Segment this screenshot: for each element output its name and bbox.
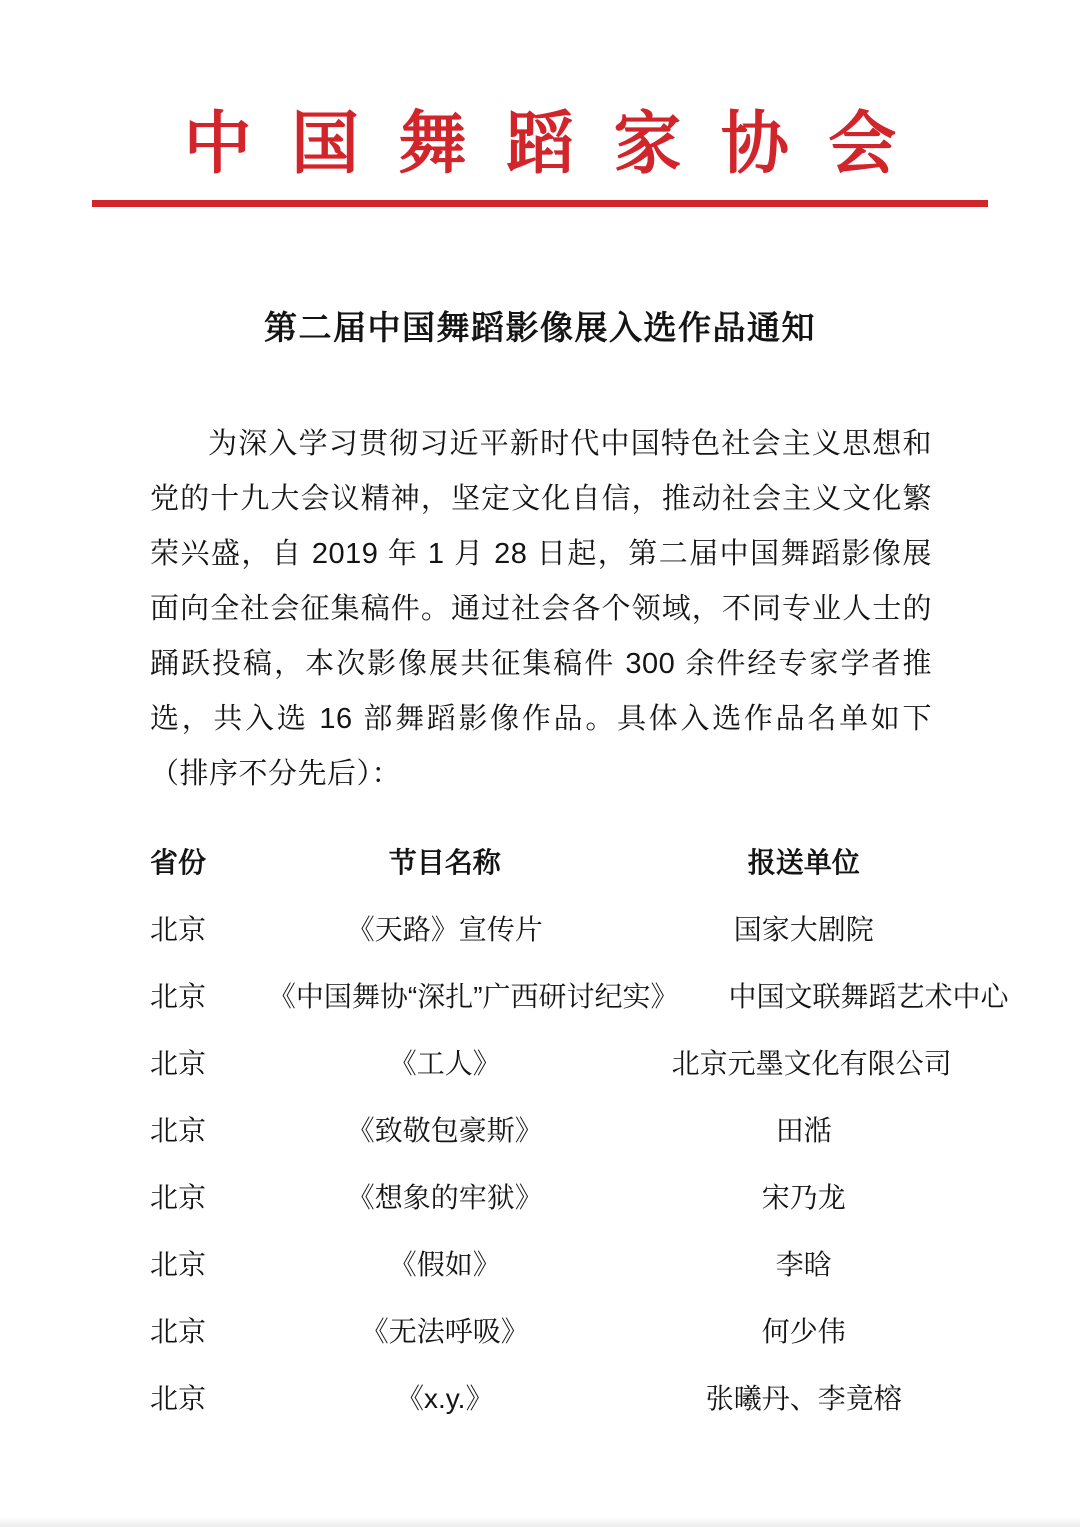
cell-province: 北京 — [150, 908, 268, 948]
body-paragraph: 为深入学习贯彻习近平新时代中国特色社会主义思想和党的十九大会议精神，坚定文化自信… — [150, 417, 932, 802]
table-row: 北京 《想象的牢狱》 宋乃龙 — [150, 1163, 936, 1230]
cell-province: 北京 — [150, 1377, 268, 1417]
table-row: 北京 《x.y.》 张曦丹、李竟榕 — [150, 1364, 936, 1431]
cell-program-name: 《天路》宣传片 — [268, 908, 622, 948]
table-row: 北京 《假如》 李晗 — [150, 1230, 936, 1297]
document-title: 第二届中国舞蹈影像展入选作品通知 — [0, 307, 1080, 348]
cell-province: 北京 — [150, 1176, 268, 1216]
letterhead: 中国舞蹈家协会 — [0, 0, 1080, 207]
cell-program-name: 《工人》 — [268, 1042, 622, 1082]
cell-province: 北京 — [150, 1042, 268, 1082]
cell-program-name: 《致敬包豪斯》 — [268, 1109, 622, 1149]
cell-program-name: 《想象的牢狱》 — [268, 1176, 622, 1216]
letterhead-org-name: 中国舞蹈家协会 — [184, 100, 936, 188]
document-page: 中国舞蹈家协会 第二届中国舞蹈影像展入选作品通知 为深入学习贯彻习近平新时代中国… — [0, 0, 1080, 1527]
page-bottom-edge — [0, 1517, 1080, 1527]
cell-province: 北京 — [150, 1310, 268, 1350]
letterhead-rule — [92, 200, 988, 207]
works-table: 省份 节目名称 报送单位 北京 《天路》宣传片 国家大剧院 北京 《中国舞协“深… — [150, 828, 936, 1431]
cell-submitting-unit: 中国文联舞蹈艺术中心 — [679, 975, 1009, 1015]
cell-program-name: 《x.y.》 — [268, 1377, 622, 1417]
cell-submitting-unit: 何少伟 — [622, 1310, 936, 1350]
cell-program-name: 《中国舞协“深扎”广西研讨纪实》 — [268, 975, 679, 1015]
cell-program-name: 《假如》 — [268, 1243, 622, 1283]
cell-province: 北京 — [150, 1243, 268, 1283]
cell-province: 北京 — [150, 1109, 268, 1149]
cell-submitting-unit: 田湉 — [622, 1109, 936, 1149]
table-row: 北京 《无法呼吸》 何少伟 — [150, 1297, 936, 1364]
table-header-row: 省份 节目名称 报送单位 — [150, 828, 936, 895]
table-row: 北京 《工人》 北京元墨文化有限公司 — [150, 1029, 936, 1096]
cell-program-name: 《无法呼吸》 — [268, 1310, 622, 1350]
cell-submitting-unit: 宋乃龙 — [622, 1176, 936, 1216]
column-header-submitting-unit: 报送单位 — [622, 841, 936, 881]
column-header-program-name: 节目名称 — [268, 841, 622, 881]
cell-submitting-unit: 国家大剧院 — [622, 908, 936, 948]
table-row: 北京 《致敬包豪斯》 田湉 — [150, 1096, 936, 1163]
table-row: 北京 《中国舞协“深扎”广西研讨纪实》 中国文联舞蹈艺术中心 — [150, 962, 936, 1029]
table-row: 北京 《天路》宣传片 国家大剧院 — [150, 895, 936, 962]
works-table-body: 北京 《天路》宣传片 国家大剧院 北京 《中国舞协“深扎”广西研讨纪实》 中国文… — [150, 895, 936, 1431]
cell-province: 北京 — [150, 975, 268, 1015]
cell-submitting-unit: 北京元墨文化有限公司 — [622, 1042, 952, 1082]
cell-submitting-unit: 张曦丹、李竟榕 — [622, 1377, 936, 1417]
column-header-province: 省份 — [150, 841, 268, 881]
cell-submitting-unit: 李晗 — [622, 1243, 936, 1283]
